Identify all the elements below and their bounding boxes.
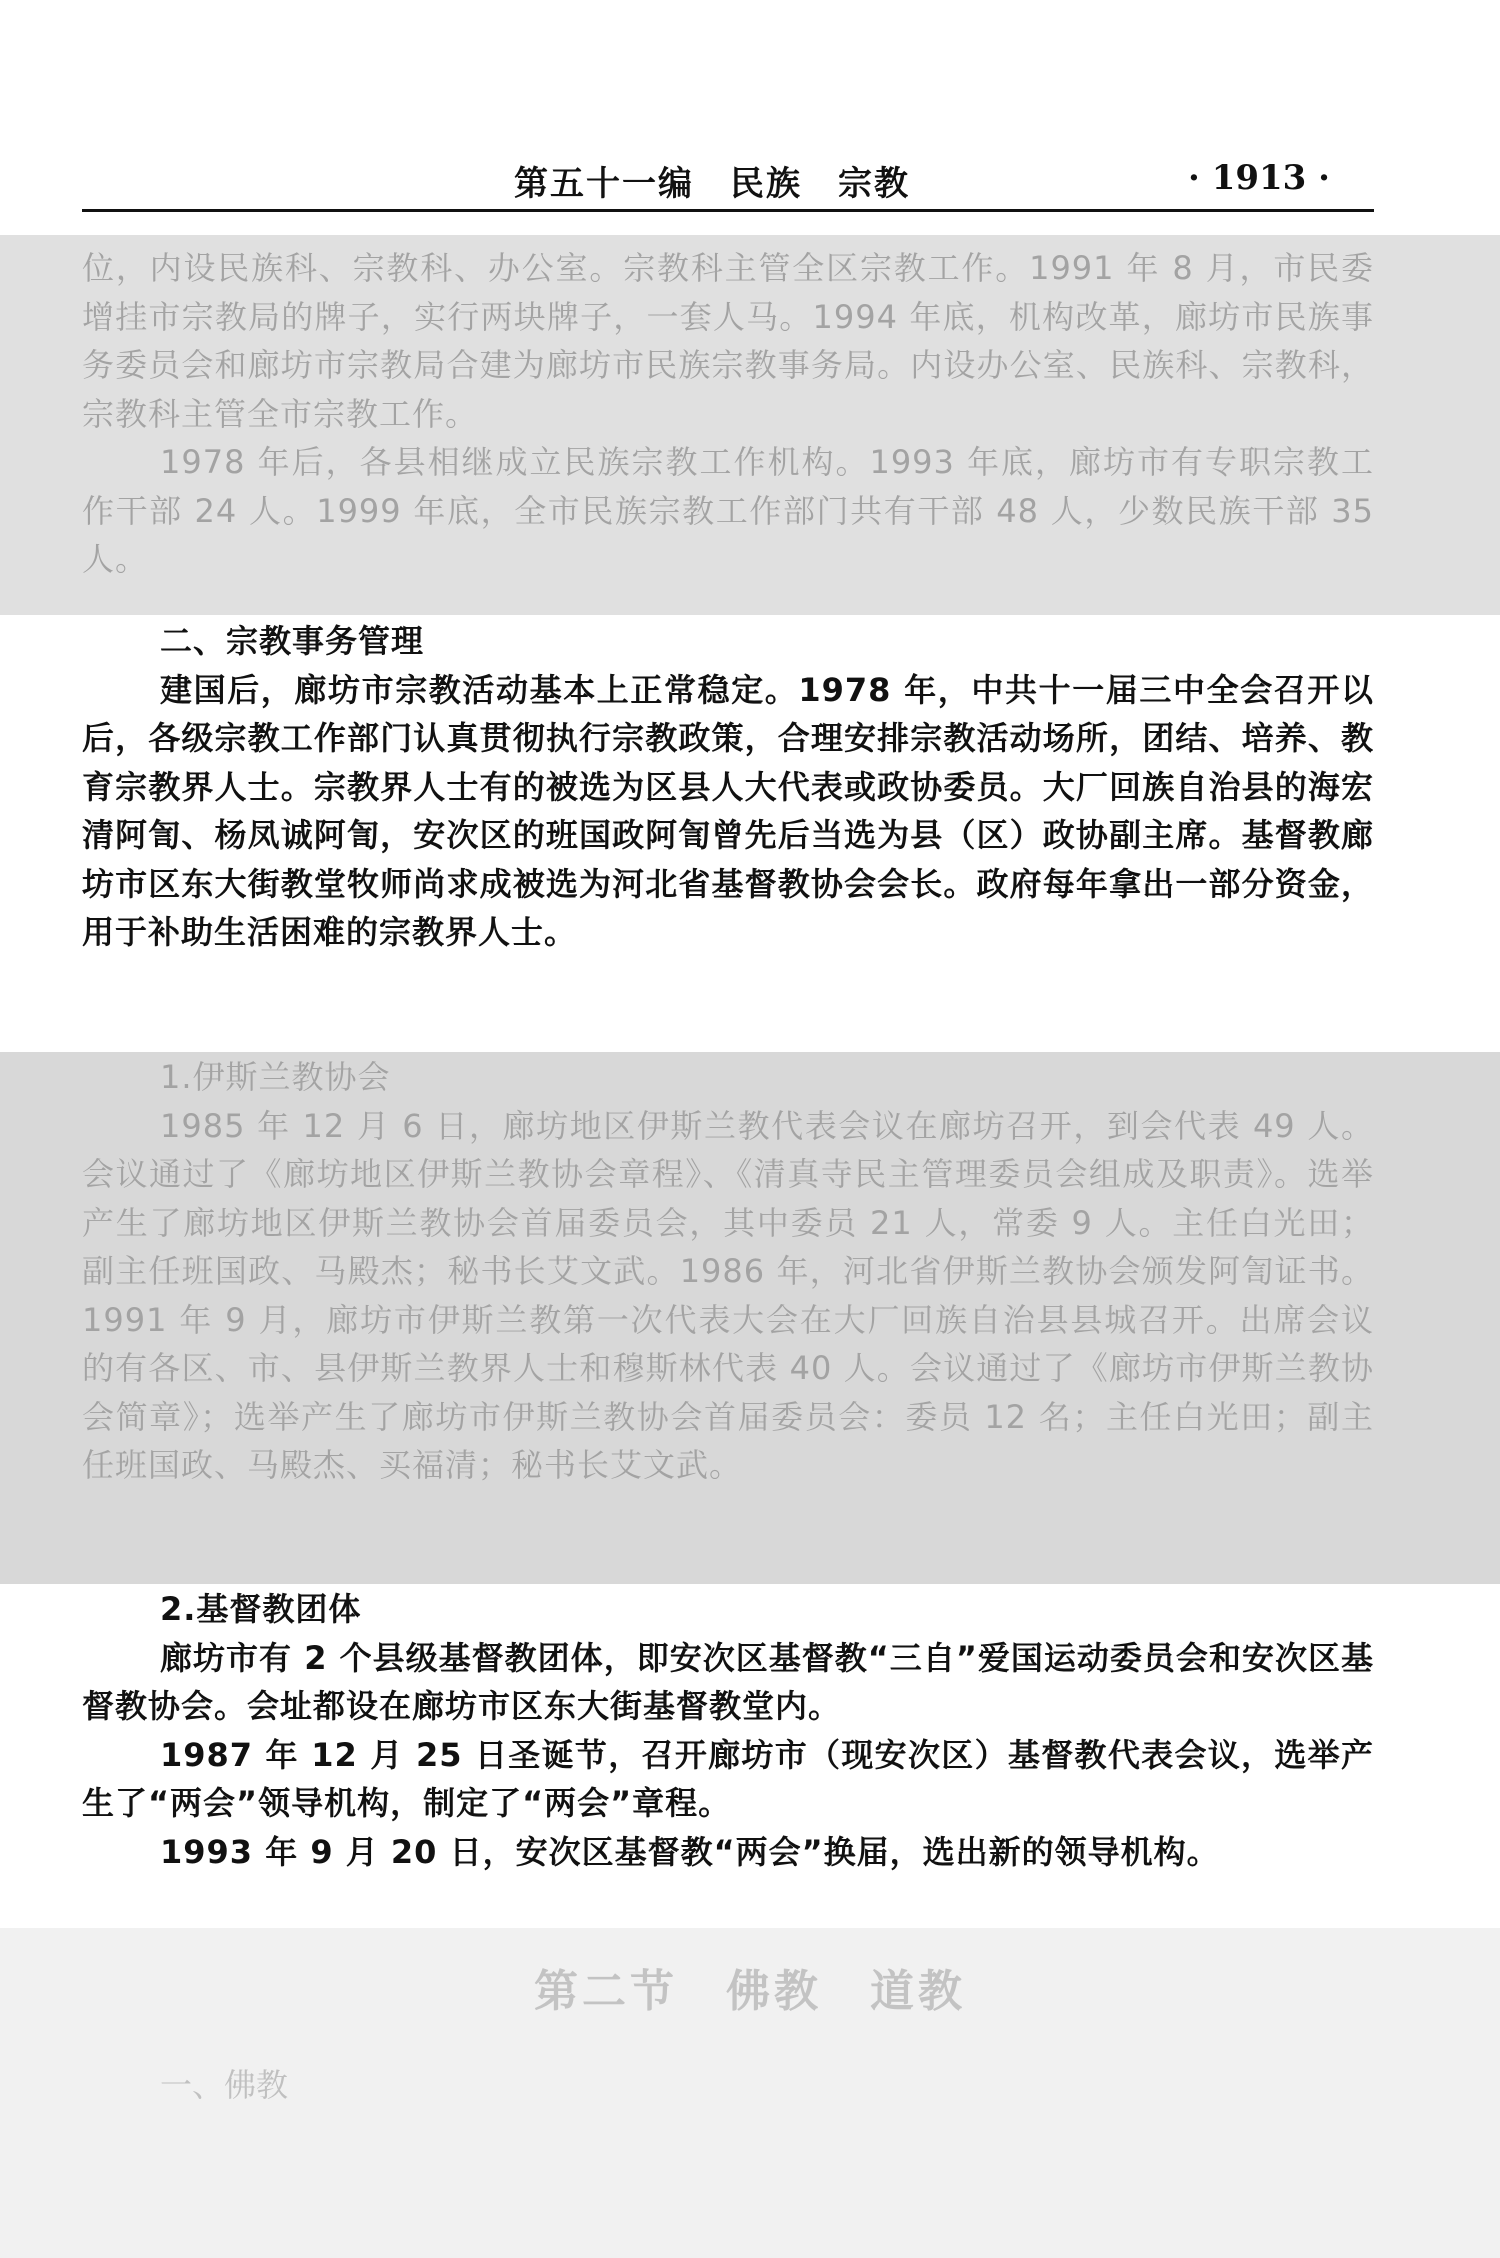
paragraph: 1987 年 12 月 25 日圣诞节，召开廊坊市（现安次区）基督教代表会议，选… [82,1731,1374,1828]
faded-block-1: 位，内设民族科、宗教科、办公室。宗教科主管全区宗教工作。1991 年 8 月，市… [82,244,1374,584]
religious-affairs-section: 二、宗教事务管理 建国后，廊坊市宗教活动基本上正常稳定。1978 年，中共十一届… [82,617,1374,957]
islamic-association-section: 1.伊斯兰教协会 1985 年 12 月 6 日，廊坊地区伊斯兰教代表会议在廊坊… [82,1053,1374,1490]
page-header: 第五十一编 民族 宗教 · 1913 · [82,140,1374,212]
sub-heading: 一、佛教 [160,2060,288,2106]
header-rule [82,209,1374,212]
paragraph: 廊坊市有 2 个县级基督教团体，即安次区基督教“三自”爱国运动委员会和安次区基督… [82,1634,1374,1731]
paragraph: 1993 年 9 月 20 日，安次区基督教“两会”换届，选出新的领导机构。 [82,1828,1374,1877]
section-heading: 2.基督教团体 [82,1585,1374,1634]
paragraph: 1985 年 12 月 6 日，廊坊地区伊斯兰教代表会议在廊坊召开，到会代表 4… [82,1102,1374,1490]
section-heading: 1.伊斯兰教协会 [82,1053,1374,1102]
paragraph: 位，内设民族科、宗教科、办公室。宗教科主管全区宗教工作。1991 年 8 月，市… [82,244,1374,438]
paragraph: 1978 年后，各县相继成立民族宗教工作机构。1993 年底，廊坊市有专职宗教工… [82,438,1374,584]
page-number: · 1913 · [1188,158,1330,198]
section-heading: 二、宗教事务管理 [82,617,1374,666]
paragraph: 建国后，廊坊市宗教活动基本上正常稳定。1978 年，中共十一届三中全会召开以后，… [82,666,1374,957]
christian-groups-section: 2.基督教团体 廊坊市有 2 个县级基督教团体，即安次区基督教“三自”爱国运动委… [82,1585,1374,1876]
section-title: 第二节 佛教 道教 [0,1955,1500,2019]
chapter-title: 第五十一编 民族 宗教 [514,156,910,205]
